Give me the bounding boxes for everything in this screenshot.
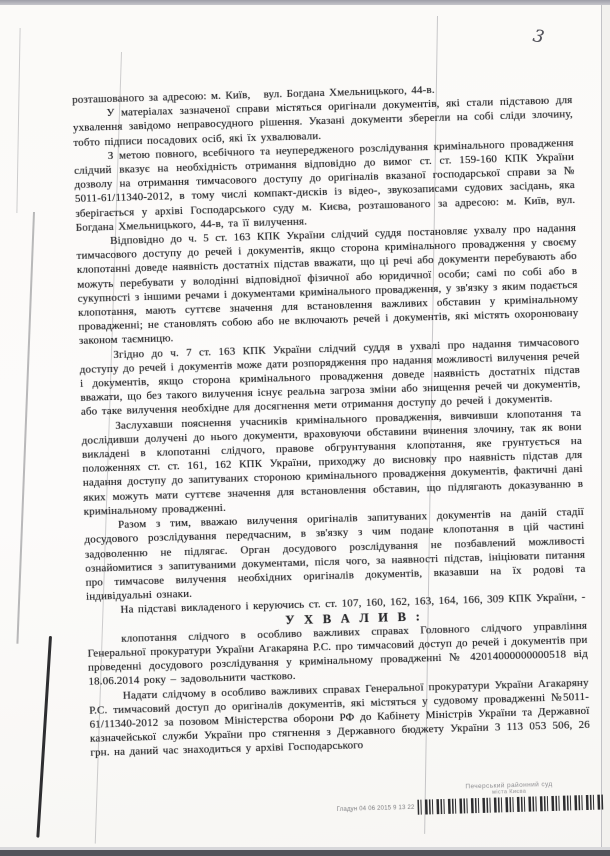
court-registration-stamp: Печерський районний суд міста Києва Глад… — [336, 780, 605, 817]
scanned-court-ruling-page: 3 розташованого за адресою: м. Київ, вул… — [0, 0, 610, 856]
scan-edge-top — [0, 0, 610, 5]
paragraph-partial-refusal: Разом з тим, вважаю вилучення оригіналів… — [84, 505, 586, 604]
paragraph-ruling-grant-access: Надати слідчому в особливо важливих спра… — [89, 675, 591, 760]
fold-crease-left — [16, 28, 20, 213]
paragraph-article-163-part5: Відповідно до ч. 5 ст. 163 КПК України с… — [76, 221, 579, 349]
ink-smear-line-upper — [16, 212, 34, 644]
document-body: розташованого за адресою: м. Київ, вул. … — [72, 79, 590, 760]
ink-smear-line-lower — [36, 636, 52, 838]
handwritten-page-number: 3 — [531, 26, 546, 48]
paragraph-judge-conclusion: Заслухавши пояснення учасників криміналь… — [81, 406, 584, 519]
paragraph-investigation-grounds: З метою повного, всебічного та неупередж… — [74, 136, 576, 235]
paragraph-article-163-part7: Згідно до ч. 7 ст. 163 КПК України слідч… — [79, 335, 581, 420]
scan-edge-bottom — [0, 847, 610, 856]
stamp-registration-note: Гладун 04 06 2015 9 13 22 — [337, 804, 415, 812]
scan-edge-right — [601, 5, 610, 850]
registration-barcode — [417, 795, 604, 815]
